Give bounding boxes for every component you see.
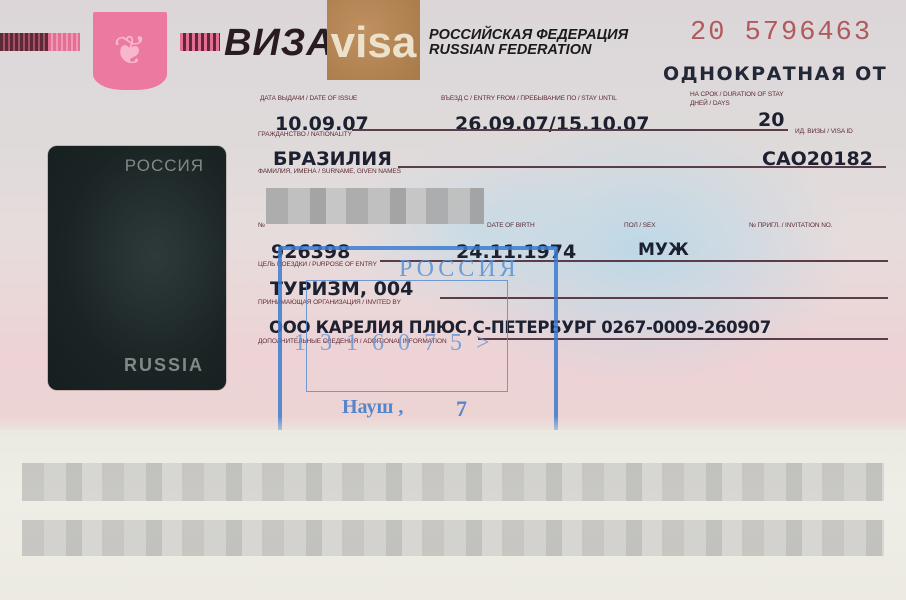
decorative-stripe-left xyxy=(0,33,80,51)
visa-id-label: ИД. ВИЗЫ / VISA ID xyxy=(795,128,853,135)
name-label: ФАМИЛИЯ, ИМЕНА / SURNAME, GIVEN NAMES xyxy=(258,168,401,175)
visa-title-latin: visa xyxy=(327,0,420,80)
stamp-day: 7 xyxy=(456,396,467,422)
hologram: РОССИЯ RUSSIA xyxy=(48,146,226,390)
stamp-number: 1 3 1 6 0 7 5 > xyxy=(294,330,494,357)
mrz-line-2-redacted xyxy=(22,520,884,556)
visa-page: ❦ ВИЗА visa РОССИЙСКАЯ ФЕДЕРАЦИЯ RUSSIAN… xyxy=(0,0,906,440)
machine-readable-zone xyxy=(0,430,906,600)
entry-stamp: РОССИЯ 1 3 1 6 0 7 5 > Науш , 7 xyxy=(278,246,558,442)
sex-label: ПОЛ / SEX xyxy=(624,222,655,229)
entry-stay-label: ВЪЕЗД С / ENTRY FROM / ПРЕБЫВАНИЕ ПО / S… xyxy=(441,95,617,102)
name-value-redacted xyxy=(266,188,484,224)
entry-type: ОДНОКРАТНАЯ ОТ xyxy=(663,63,887,85)
duration-label: НА СРОК / DURATION OF STAY xyxy=(690,91,784,98)
passport-no-label: № xyxy=(258,222,265,229)
nationality-value: БРАЗИЛИЯ xyxy=(273,148,392,170)
stamp-note: Науш , xyxy=(342,396,403,419)
stamp-country: РОССИЯ xyxy=(399,256,520,283)
date-of-issue-label: ДАТА ВЫДАЧИ / DATE OF ISSUE xyxy=(260,95,357,102)
duration-sublabel: ДНЕЙ / DAYS xyxy=(690,100,730,107)
field-line xyxy=(352,129,788,131)
hologram-bottom-text: RUSSIA xyxy=(124,355,204,376)
country-title-ru: РОССИЙСКАЯ ФЕДЕРАЦИЯ xyxy=(429,28,628,43)
coat-of-arms-icon: ❦ xyxy=(93,12,167,90)
invitation-no-label: № ПРИГЛ. / INVITATION No. xyxy=(749,222,832,229)
sex-value: МУЖ xyxy=(638,240,689,260)
visa-number: 20 5796463 xyxy=(690,18,872,48)
visa-title-cyrillic: ВИЗА xyxy=(224,22,335,65)
field-line xyxy=(398,166,886,168)
hologram-top-text: РОССИЯ xyxy=(125,156,204,176)
country-title-en: RUSSIAN FEDERATION xyxy=(429,43,628,58)
country-title: РОССИЙСКАЯ ФЕДЕРАЦИЯ RUSSIAN FEDERATION xyxy=(429,28,628,58)
date-of-birth-label: DATE OF BIRTH xyxy=(487,222,535,229)
duration-value: 20 xyxy=(758,109,784,131)
mrz-line-1-redacted xyxy=(22,463,884,501)
nationality-label: ГРАЖДАНСТВО / NATIONALITY xyxy=(258,131,352,138)
entry-stay-value: 26.09.07/15.10.07 xyxy=(455,113,649,135)
decorative-stripe-middle xyxy=(180,33,220,51)
